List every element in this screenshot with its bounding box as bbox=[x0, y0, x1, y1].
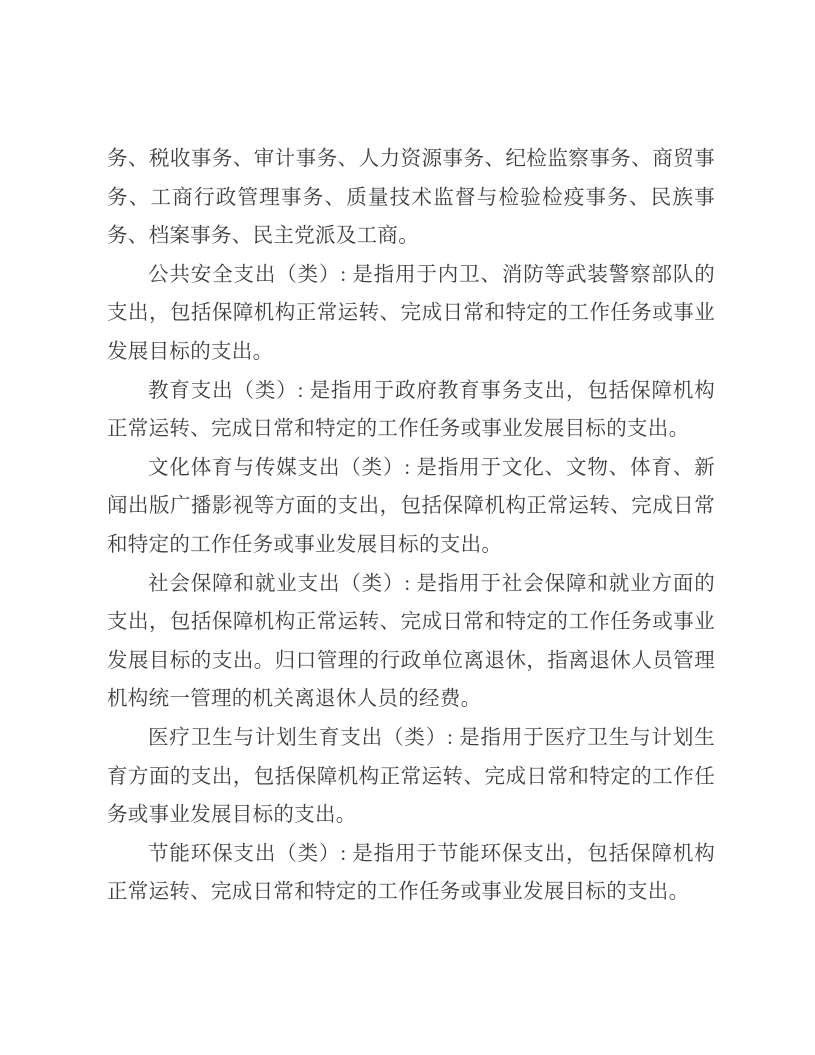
document-text-block: 务、税收事务、审计事务、人力资源事务、纪检监察事务、商贸事务、工商行政管理事务、… bbox=[107, 140, 715, 912]
paragraph-healthcare-family-planning-expenditure: 医疗卫生与计划生育支出（类）: 是指用于医疗卫生与计划生育方面的支出，包括保障机… bbox=[107, 719, 715, 835]
paragraph-culture-sports-media-expenditure: 文化体育与传媒支出（类）: 是指用于文化、文物、体育、新闻出版广播影视等方面的支… bbox=[107, 449, 715, 565]
paragraph-education-expenditure: 教育支出（类）: 是指用于政府教育事务支出，包括保障机构正常运转、完成日常和特定… bbox=[107, 372, 715, 449]
paragraph-energy-conservation-environment-expenditure: 节能环保支出（类）: 是指用于节能环保支出，包括保障机构正常运转、完成日常和特定… bbox=[107, 835, 715, 912]
paragraph-social-security-employment-expenditure: 社会保障和就业支出（类）: 是指用于社会保障和就业方面的支出，包括保障机构正常运… bbox=[107, 565, 715, 719]
document-page: 务、税收事务、审计事务、人力资源事务、纪检监察事务、商贸事务、工商行政管理事务、… bbox=[0, 0, 815, 1055]
paragraph-continuation: 务、税收事务、审计事务、人力资源事务、纪检监察事务、商贸事务、工商行政管理事务、… bbox=[107, 140, 715, 256]
paragraph-public-safety-expenditure: 公共安全支出（类）: 是指用于内卫、消防等武装警察部队的支出，包括保障机构正常运… bbox=[107, 256, 715, 372]
